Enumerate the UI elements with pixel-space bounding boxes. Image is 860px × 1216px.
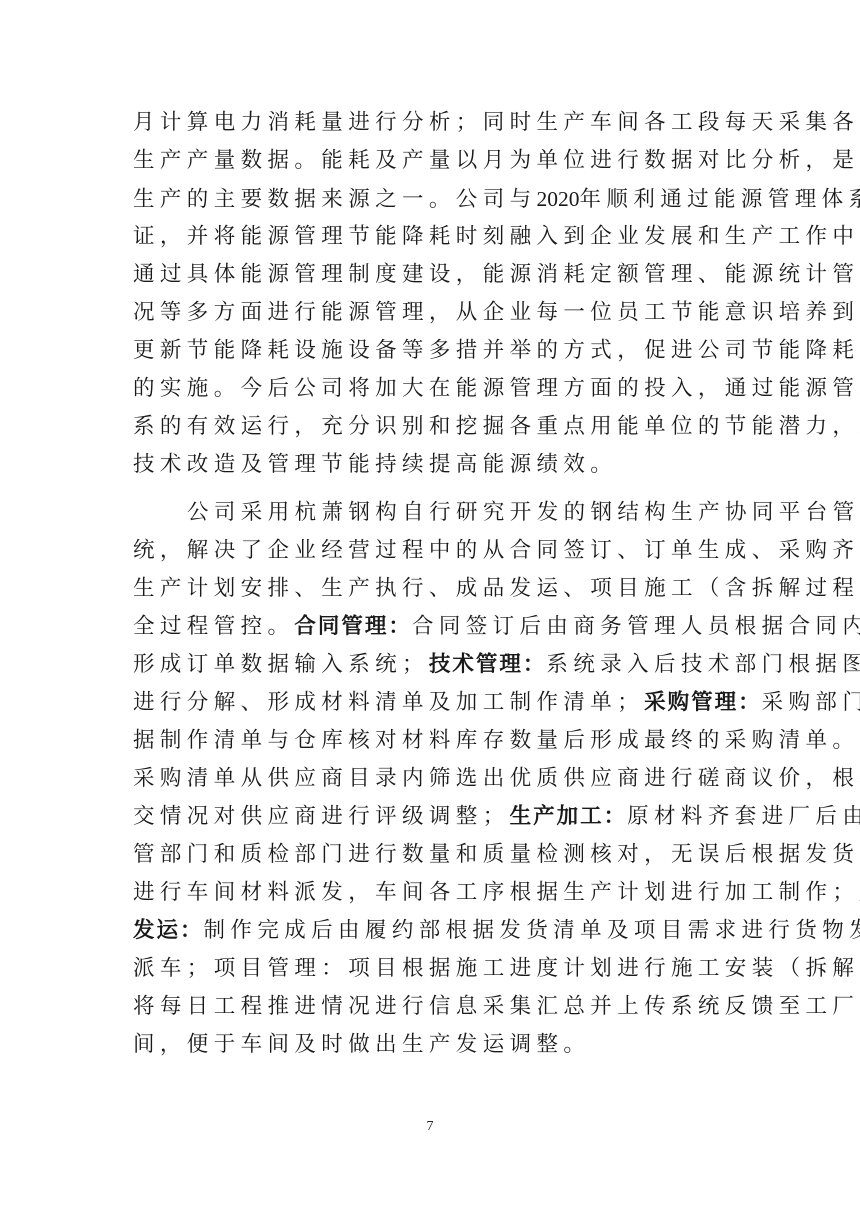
paragraph-energy-management: 月计算电力消耗量进行分析；同时生产车间各工段每天采集各工序 生产产量数据。能耗及… — [133, 104, 729, 484]
text-segment: 交情况对供应商进行评级调整； — [133, 804, 510, 829]
text-line: 全过程管控。合同管理：合同签订后由商务管理人员根据合同内容 — [133, 608, 729, 646]
text-line: 交情况对供应商进行评级调整；生产加工：原材料齐套进厂后由库 — [133, 798, 729, 836]
text-segment: 进行分解、形成材料清单及加工制作清单； — [133, 690, 644, 715]
bold-term-finished-goods-shipping-cont: 发运： — [133, 918, 204, 943]
text-line: 月计算电力消耗量进行分析；同时生产车间各工段每天采集各工序 — [133, 104, 729, 142]
text-line: 采购清单从供应商目录内筛选出优质供应商进行磋商议价，根据成 — [133, 760, 729, 798]
bold-term-production-processing: 生产加工： — [510, 804, 628, 829]
text-line: 派车；项目管理：项目根据施工进度计划进行施工安装（拆解）并 — [133, 950, 729, 988]
text-line: 进行车间材料派发，车间各工序根据生产计划进行加工制作；成品 — [133, 874, 729, 912]
text-segment: 系统录入后技术部门根据图纸 — [546, 652, 860, 677]
text-line: 的实施。今后公司将加大在能源管理方面的投入，通过能源管理体 — [133, 370, 729, 408]
text-line: 管部门和质检部门进行数量和质量检测核对，无误后根据发货清单 — [133, 836, 729, 874]
text-line: 统，解决了企业经营过程中的从合同签订、订单生成、采购齐套、 — [133, 532, 729, 570]
text-segment: 生产的主要数据来源之一。公司与 — [133, 187, 537, 212]
text-segment: 制作完成后由履约部根据发货清单及项目需求进行货物发运 — [204, 918, 860, 943]
text-segment: 原材料齐套进厂后由库 — [627, 804, 860, 829]
page-number: 7 — [0, 1119, 860, 1135]
text-segment: 采购部门根 — [762, 690, 860, 715]
text-line: 通过具体能源管理制度建设，能源消耗定额管理、能源统计管理状 — [133, 256, 729, 294]
text-segment: 合同签订后由商务管理人员根据合同内容 — [412, 614, 860, 639]
text-segment: 进行车间材料派发，车间各工序根据生产计划进行加工制作； — [133, 880, 859, 905]
text-line: 生产产量数据。能耗及产量以月为单位进行数据对比分析，是企业 — [133, 142, 729, 180]
text-segment: 年顺利通过能源管理体系认 — [580, 187, 860, 212]
text-line: 间，便于车间及时做出生产发运调整。 — [133, 1026, 729, 1064]
bold-term-contract-management: 合同管理： — [294, 614, 412, 639]
text-line: 技术改造及管理节能持续提高能源绩效。 — [133, 446, 729, 484]
text-line: 系的有效运行，充分识别和挖掘各重点用能单位的节能潜力，通过 — [133, 408, 729, 446]
text-segment: 形成订单数据输入系统； — [133, 652, 429, 677]
text-line: 据制作清单与仓库核对材料库存数量后形成最终的采购清单。根据 — [133, 722, 729, 760]
text-line: 进行分解、形成材料清单及加工制作清单；采购管理：采购部门根 — [133, 684, 729, 722]
bold-term-procurement-management: 采购管理： — [644, 690, 762, 715]
text-line: 况等多方面进行能源管理，从企业每一位员工节能意识培养到替换 — [133, 294, 729, 332]
text-line: 公司采用杭萧钢构自行研究开发的钢结构生产协同平台管理系 — [133, 494, 729, 532]
year-number: 2020 — [537, 187, 580, 211]
bold-term-technical-management: 技术管理： — [429, 652, 547, 677]
text-line: 生产的主要数据来源之一。公司与2020年顺利通过能源管理体系认 — [133, 180, 729, 218]
text-line: 形成订单数据输入系统；技术管理：系统录入后技术部门根据图纸 — [133, 646, 729, 684]
text-line: 证，并将能源管理节能降耗时刻融入到企业发展和生产工作中去， — [133, 218, 729, 256]
text-segment: 全过程管控。 — [133, 614, 294, 639]
text-line: 生产计划安排、生产执行、成品发运、项目施工（含拆解过程）等 — [133, 570, 729, 608]
text-line: 更新节能降耗设施设备等多措并举的方式，促进公司节能降耗工作 — [133, 332, 729, 370]
document-page: 月计算电力消耗量进行分析；同时生产车间各工段每天采集各工序 生产产量数据。能耗及… — [133, 104, 729, 1064]
paragraph-production-platform: 公司采用杭萧钢构自行研究开发的钢结构生产协同平台管理系 统，解决了企业经营过程中… — [133, 494, 729, 1064]
text-line: 发运：制作完成后由履约部根据发货清单及项目需求进行货物发运 — [133, 912, 729, 950]
text-line: 将每日工程推进情况进行信息采集汇总并上传系统反馈至工厂车 — [133, 988, 729, 1026]
